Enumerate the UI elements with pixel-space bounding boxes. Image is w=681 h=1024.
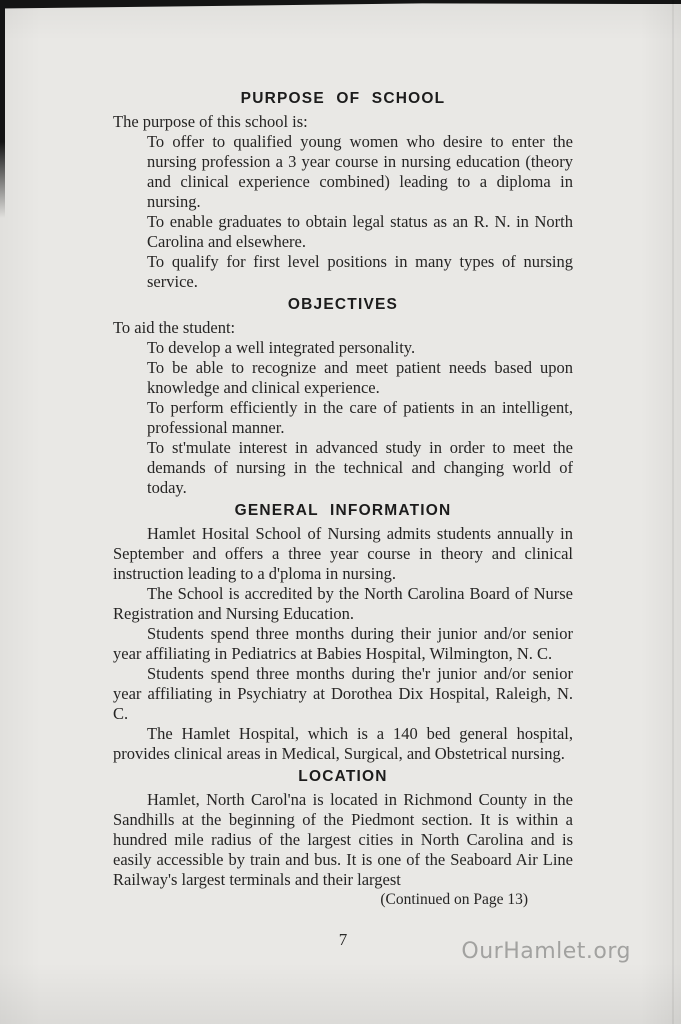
section-purpose: PURPOSE OF SCHOOL The purpose of this sc… bbox=[113, 89, 573, 292]
general-info-paragraph: The School is accredited by the North Ca… bbox=[113, 584, 573, 624]
general-info-paragraph: The Hamlet Hospital, which is a 140 bed … bbox=[113, 724, 573, 764]
general-info-paragraph: Students spend three months during the'r… bbox=[113, 664, 573, 724]
objectives-item: To perform efficiently in the care of pa… bbox=[147, 398, 573, 438]
purpose-item: To offer to qualified young women who de… bbox=[147, 132, 573, 212]
scanned-page: PURPOSE OF SCHOOL The purpose of this sc… bbox=[0, 0, 681, 1024]
section-location: LOCATION Hamlet, North Carol'na is locat… bbox=[113, 767, 573, 890]
general-info-paragraph: Hamlet Hosital School of Nursing admits … bbox=[113, 524, 573, 584]
section-heading-general-information: GENERAL INFORMATION bbox=[113, 501, 573, 521]
section-objectives: OBJECTIVES To aid the student: To develo… bbox=[113, 295, 573, 498]
purpose-item: To qualify for first level positions in … bbox=[147, 252, 573, 292]
section-heading-purpose: PURPOSE OF SCHOOL bbox=[113, 89, 573, 109]
scan-edge-top bbox=[0, 0, 681, 9]
watermark-text: OurHamlet.org bbox=[461, 939, 631, 964]
page-content: PURPOSE OF SCHOOL The purpose of this sc… bbox=[113, 86, 573, 910]
objectives-item: To st'mulate interest in advanced study … bbox=[147, 438, 573, 498]
purpose-item: To enable graduates to obtain legal stat… bbox=[147, 212, 573, 252]
section-heading-location: LOCATION bbox=[113, 767, 573, 787]
purpose-lead: The purpose of this school is: bbox=[113, 112, 573, 132]
objectives-lead: To aid the student: bbox=[113, 318, 573, 338]
objectives-item: To be able to recognize and meet patient… bbox=[147, 358, 573, 398]
section-heading-objectives: OBJECTIVES bbox=[113, 295, 573, 315]
section-general-information: GENERAL INFORMATION Hamlet Hosital Schoo… bbox=[113, 501, 573, 764]
scan-edge-left bbox=[0, 0, 5, 218]
location-paragraph: Hamlet, North Carol'na is located in Ric… bbox=[113, 790, 573, 890]
general-info-paragraph: Students spend three months during their… bbox=[113, 624, 573, 664]
objectives-item: To develop a well integrated personality… bbox=[147, 338, 573, 358]
continued-note: (Continued on Page 13) bbox=[113, 890, 573, 910]
scan-edge-right bbox=[672, 0, 674, 1024]
